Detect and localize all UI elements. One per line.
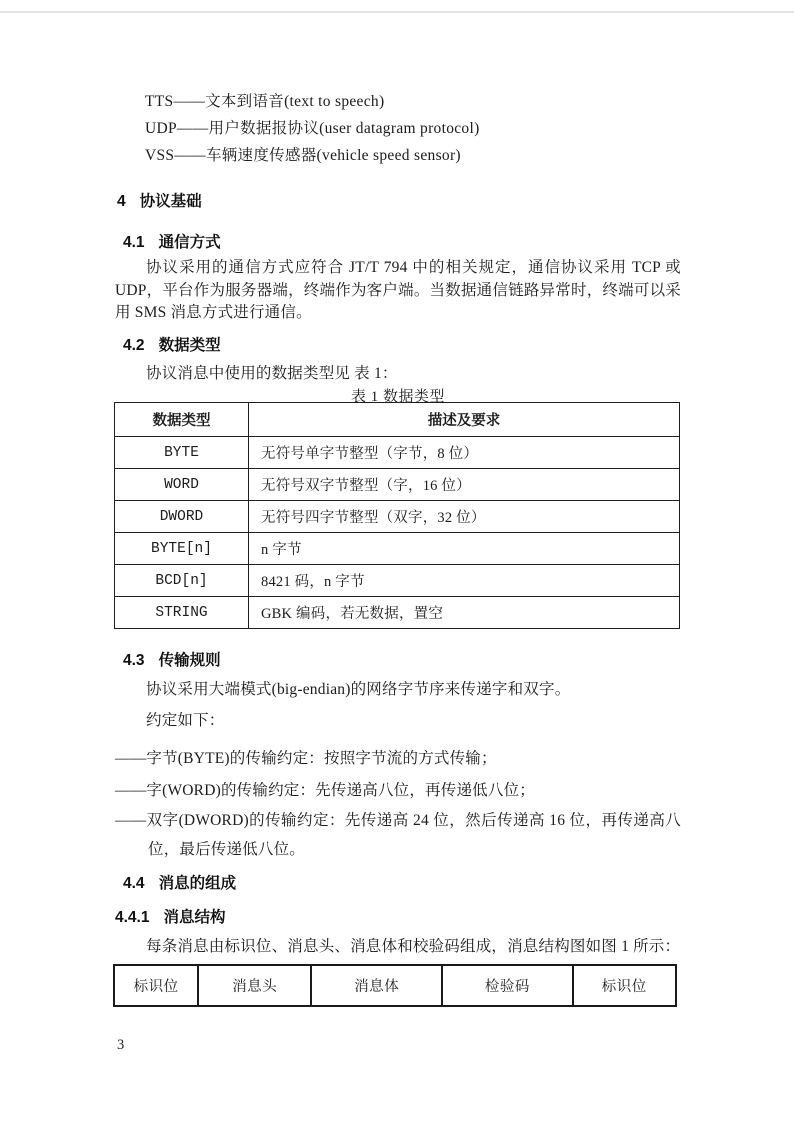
section-heading-4-1: 4.1通信方式	[123, 230, 221, 252]
section-number: 4	[117, 193, 126, 210]
section-number: 4.1	[123, 234, 145, 251]
table-row: BYTE[n] n 字节	[115, 533, 680, 565]
table-row: DWORD 无符号四字节整型（双字，32 位）	[115, 501, 680, 533]
section-heading-4: 4协议基础	[117, 189, 202, 211]
section-title: 传输规则	[159, 652, 221, 669]
section-number: 4.3	[123, 652, 145, 669]
figure-cell-flag-start: 标识位	[114, 965, 198, 1006]
document-page: TTS——文本到语音(text to speech) UDP——用户数据报协议(…	[0, 0, 794, 1123]
table-row: BYTE 无符号单字节整型（字节，8 位）	[115, 437, 680, 469]
table1-data-types: 数据类型 描述及要求 BYTE 无符号单字节整型（字节，8 位） WORD 无符…	[114, 402, 680, 629]
section-number: 4.2	[123, 337, 145, 354]
table-header-cell: 数据类型	[115, 403, 249, 437]
page-scan-edge	[0, 11, 794, 13]
table-cell-desc: n 字节	[249, 533, 680, 565]
list-item-byte-rule: ——字节(BYTE)的传输约定：按照字节流的方式传输；	[115, 744, 681, 773]
section-title: 通信方式	[159, 234, 221, 251]
table-cell-desc: 无符号四字节整型（双字，32 位）	[249, 501, 680, 533]
paragraph-big-endian: 协议采用大端模式(big-endian)的网络字节序来传递字和双字。	[115, 679, 681, 702]
abbr-dash: ——	[177, 120, 209, 137]
section-title: 协议基础	[140, 193, 202, 210]
table-cell-type: DWORD	[115, 501, 249, 533]
section-heading-4-4: 4.4消息的组成	[123, 871, 236, 893]
section-title: 消息的组成	[159, 875, 237, 892]
figure1-message-structure: 标识位 消息头 消息体 检验码 标识位	[113, 964, 677, 1007]
page-number: 3	[117, 1037, 124, 1054]
table-row: WORD 无符号双字节整型（字，16 位）	[115, 469, 680, 501]
paragraph-message-structure: 每条消息由标识位、消息头、消息体和校验码组成，消息结构图如图 1 所示：	[115, 936, 681, 959]
abbreviation-item: UDP——用户数据报协议(user datagram protocol)	[145, 115, 480, 142]
abbr-definition: 用户数据报协议(user datagram protocol)	[209, 120, 480, 137]
table-cell-desc: GBK 编码，若无数据，置空	[249, 597, 680, 629]
abbr-dash: ——	[173, 93, 205, 110]
section-title: 数据类型	[159, 337, 221, 354]
figure-cell-body: 消息体	[311, 965, 442, 1006]
table-cell-desc: 无符号双字节整型（字，16 位）	[249, 469, 680, 501]
list-item-dword-rule: ——双字(DWORD)的传输约定：先传递高 24 位，然后传递高 16 位，再传…	[115, 806, 681, 864]
abbr-definition: 文本到语音(text to speech)	[205, 93, 384, 110]
section-heading-4-2: 4.2数据类型	[123, 333, 221, 355]
table-cell-type: WORD	[115, 469, 249, 501]
figure-cell-flag-end: 标识位	[573, 965, 676, 1006]
abbr-definition: 车辆速度传感器(vehicle speed sensor)	[206, 147, 461, 164]
section-heading-4-4-1: 4.4.1消息结构	[115, 905, 226, 927]
section-number: 4.4.1	[115, 909, 149, 926]
list-item-word-rule: ——字(WORD)的传输约定：先传递高八位，再传递低八位；	[115, 776, 681, 805]
table-cell-type: STRING	[115, 597, 249, 629]
table-row: BCD[n] 8421 码，n 字节	[115, 565, 680, 597]
table-header-cell: 描述及要求	[249, 403, 680, 437]
abbr-term: VSS	[145, 147, 174, 164]
table-cell-desc: 8421 码，n 字节	[249, 565, 680, 597]
abbreviation-item: VSS——车辆速度传感器(vehicle speed sensor)	[145, 142, 480, 169]
section-heading-4-3: 4.3传输规则	[123, 648, 221, 670]
abbreviation-list: TTS——文本到语音(text to speech) UDP——用户数据报协议(…	[145, 88, 480, 169]
figure-row: 标识位 消息头 消息体 检验码 标识位	[114, 965, 676, 1006]
paragraph-conventions-intro: 约定如下：	[115, 710, 681, 733]
abbreviation-item: TTS——文本到语音(text to speech)	[145, 88, 480, 115]
paragraph-communication-mode: 协议采用的通信方式应符合 JT/T 794 中的相关规定，通信协议采用 TCP …	[115, 257, 681, 325]
table-header-row: 数据类型 描述及要求	[115, 403, 680, 437]
table-cell-type: BYTE[n]	[115, 533, 249, 565]
abbr-dash: ——	[174, 147, 206, 164]
table-cell-desc: 无符号单字节整型（字节，8 位）	[249, 437, 680, 469]
section-title: 消息结构	[163, 909, 225, 926]
figure-cell-header: 消息头	[198, 965, 311, 1006]
section-number: 4.4	[123, 875, 145, 892]
table-cell-type: BYTE	[115, 437, 249, 469]
figure-cell-checksum: 检验码	[442, 965, 572, 1006]
table-row: STRING GBK 编码，若无数据，置空	[115, 597, 680, 629]
paragraph-data-types-intro: 协议消息中使用的数据类型见 表 1：	[115, 363, 681, 386]
table-cell-type: BCD[n]	[115, 565, 249, 597]
abbr-term: TTS	[145, 93, 173, 110]
abbr-term: UDP	[145, 120, 177, 137]
